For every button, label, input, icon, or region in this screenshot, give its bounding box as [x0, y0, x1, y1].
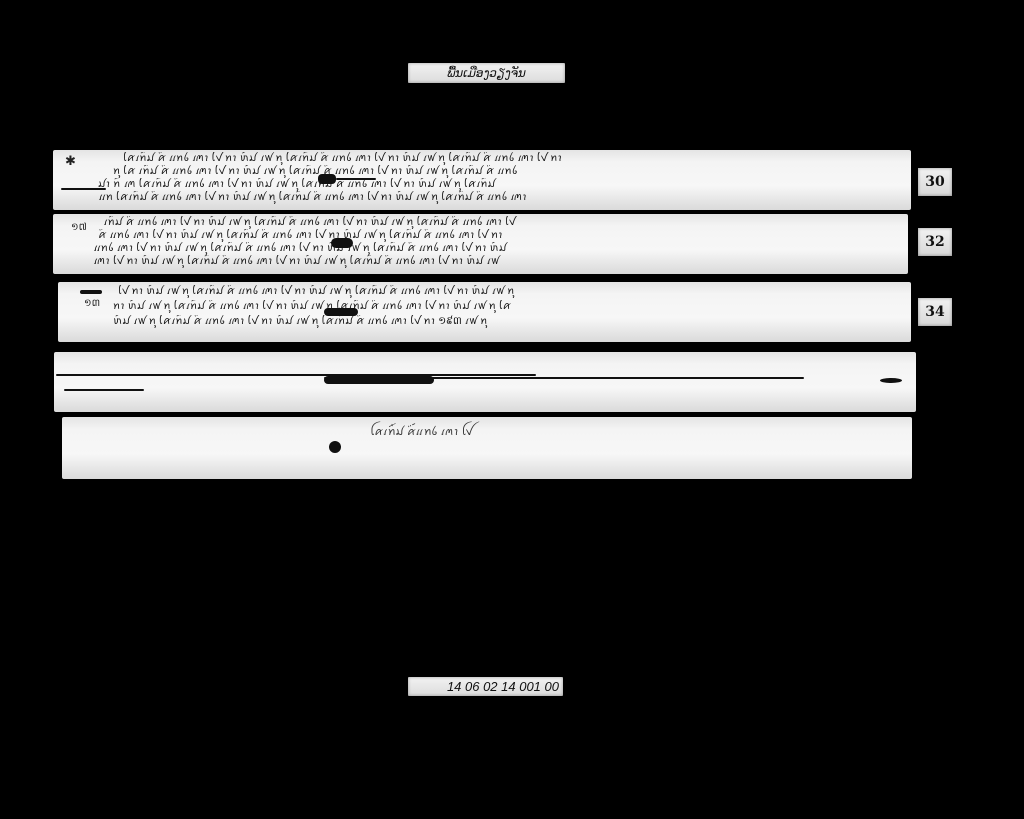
manuscript-line: ꪶꪜ ꪀꪱ ꪬꪷꪣ ꪹꪝ ꪀꪴ ꪶꪁꪹꪀꪸꪣ ꪁꪾ ꪵꪀꪉ ꪹꪔꪱ ꪶꪜ ꪀꪱ …	[118, 285, 903, 298]
manuscript-line: ꪶꪁꪹꪀꪸꪣ ꪁꪾ ꪵꪀꪉ ꪹꪔꪱ ꪶꪜ ꪀꪱ ꪬꪷꪣ ꪹꪝ ꪀꪴ ꪶꪁꪹꪀꪸꪣ…	[123, 152, 903, 165]
manuscript-leaf-5-title	[62, 417, 912, 479]
manuscript-line: ꪹꪔꪱ ꪶꪜ ꪀꪱ ꪬꪷꪣ ꪹꪝ ꪀꪴ ꪶꪁꪹꪀꪸꪣ ꪁꪾ ꪵꪀꪉ ꪹꪔꪱ ꪶꪜ…	[93, 255, 898, 268]
collection-label: ພື້ນເມືອງວຽງຈັນ	[408, 63, 565, 83]
crack-line	[56, 374, 536, 376]
margin-mark: ១៧	[71, 220, 87, 235]
manuscript-line: ꪀꪴ ꪶꪁ ꪹꪀꪸꪣ ꪁꪾ ꪵꪀꪉ ꪹꪔꪱ ꪶꪜ ꪀꪱ ꪬꪷꪣ ꪹꪝ ꪀꪴ ꪶꪁ…	[113, 165, 903, 178]
ink-streak	[336, 178, 376, 180]
manuscript-leaf-3: ១៣ ꪶꪜ ꪀꪱ ꪬꪷꪣ ꪹꪝ ꪀꪴ ꪶꪁꪹꪀꪸꪣ ꪁꪾ ꪵꪀꪉ ꪹꪔꪱ ꪶꪜ …	[58, 282, 911, 342]
manuscript-line: ꪣꪱ ꪀꪸ ꪹꪔ ꪶꪁꪹꪀꪸꪣ ꪁꪾ ꪵꪀꪉ ꪹꪔꪱ ꪶꪜ ꪀꪱ ꪬꪷꪣ ꪹꪝ …	[98, 178, 903, 191]
string-hole	[324, 308, 358, 316]
folio-number: 32	[918, 228, 952, 256]
manuscript-line: ꪁꪾ ꪵꪀꪉ ꪹꪔꪱ ꪶꪜ ꪀꪱ ꪬꪷꪣ ꪹꪝ ꪀꪴ ꪶꪁꪹꪀꪸꪣ ꪁꪾ ꪵꪀꪉ…	[98, 229, 898, 242]
ink-streak	[80, 290, 102, 294]
string-hole	[331, 238, 353, 248]
manuscript-line: ꪵꪀ ꪶꪁꪹꪀꪸꪣ ꪁꪾ ꪵꪀꪉ ꪹꪔꪱ ꪶꪜ ꪀꪱ ꪬꪷꪣ ꪹꪝ ꪀꪴ ꪶꪁꪹ…	[98, 191, 903, 204]
reference-code-label: 14 06 02 14 001 00	[408, 677, 563, 696]
crack-line	[64, 389, 144, 391]
string-hole	[318, 174, 336, 184]
manuscript-line: ꪀꪱ ꪬꪷꪣ ꪹꪝ ꪀꪴ ꪶꪁꪹꪀꪸꪣ ꪁꪾ ꪵꪀꪉ ꪹꪔꪱ ꪶꪜ ꪀꪱ ꪬꪷꪣ…	[113, 300, 903, 313]
manuscript-leaf-1: ✱ ꪶꪁꪹꪀꪸꪣ ꪁꪾ ꪵꪀꪉ ꪹꪔꪱ ꪶꪜ ꪀꪱ ꪬꪷꪣ ꪹꪝ ꪀꪴ ꪶꪁꪹꪀ…	[53, 150, 911, 210]
manuscript-line: ꪹꪀꪸꪣ ꪁꪾ ꪵꪀꪉ ꪹꪔꪱ ꪶꪜ ꪀꪱ ꪬꪷꪣ ꪹꪝ ꪀꪴ ꪶꪁꪹꪀꪸꪣ ꪁ…	[103, 216, 898, 229]
title-inscription: ꪶꪁꪹꪀꪸꪣ ꪁꪾꪵꪀꪉ ꪹꪔꪱ ꪶꪜ	[370, 420, 473, 444]
string-hole	[324, 376, 434, 384]
manuscript-line: ꪵꪀꪉ ꪹꪔꪱ ꪶꪜ ꪀꪱ ꪬꪷꪣ ꪹꪝ ꪀꪴ ꪶꪁꪹꪀꪸꪣ ꪁꪾ ꪵꪀꪉ ꪹꪔ…	[93, 242, 898, 255]
string-hole	[329, 441, 341, 453]
margin-mark: ✱	[65, 154, 76, 169]
string-hole	[880, 378, 902, 383]
margin-mark: ១៣	[84, 296, 100, 311]
manuscript-leaf-4-blank	[54, 352, 916, 412]
folio-number: 34	[918, 298, 952, 326]
manuscript-leaf-2: ១៧ ꪹꪀꪸꪣ ꪁꪾ ꪵꪀꪉ ꪹꪔꪱ ꪶꪜ ꪀꪱ ꪬꪷꪣ ꪹꪝ ꪀꪴ ꪶꪁꪹꪀꪸ…	[53, 214, 908, 274]
manuscript-line: ꪬꪷꪣ ꪹꪝ ꪀꪴ ꪶꪁꪹꪀꪸꪣ ꪁꪾ ꪵꪀꪉ ꪹꪔꪱ ꪶꪜ ꪀꪱ ꪬꪷꪣ ꪹꪝ…	[113, 315, 903, 328]
folio-number: 30	[918, 168, 952, 196]
reference-code-text: 14 06 02 14 001 00	[447, 679, 559, 694]
collection-label-text: ພື້ນເມືອງວຽງຈັນ	[447, 66, 526, 80]
